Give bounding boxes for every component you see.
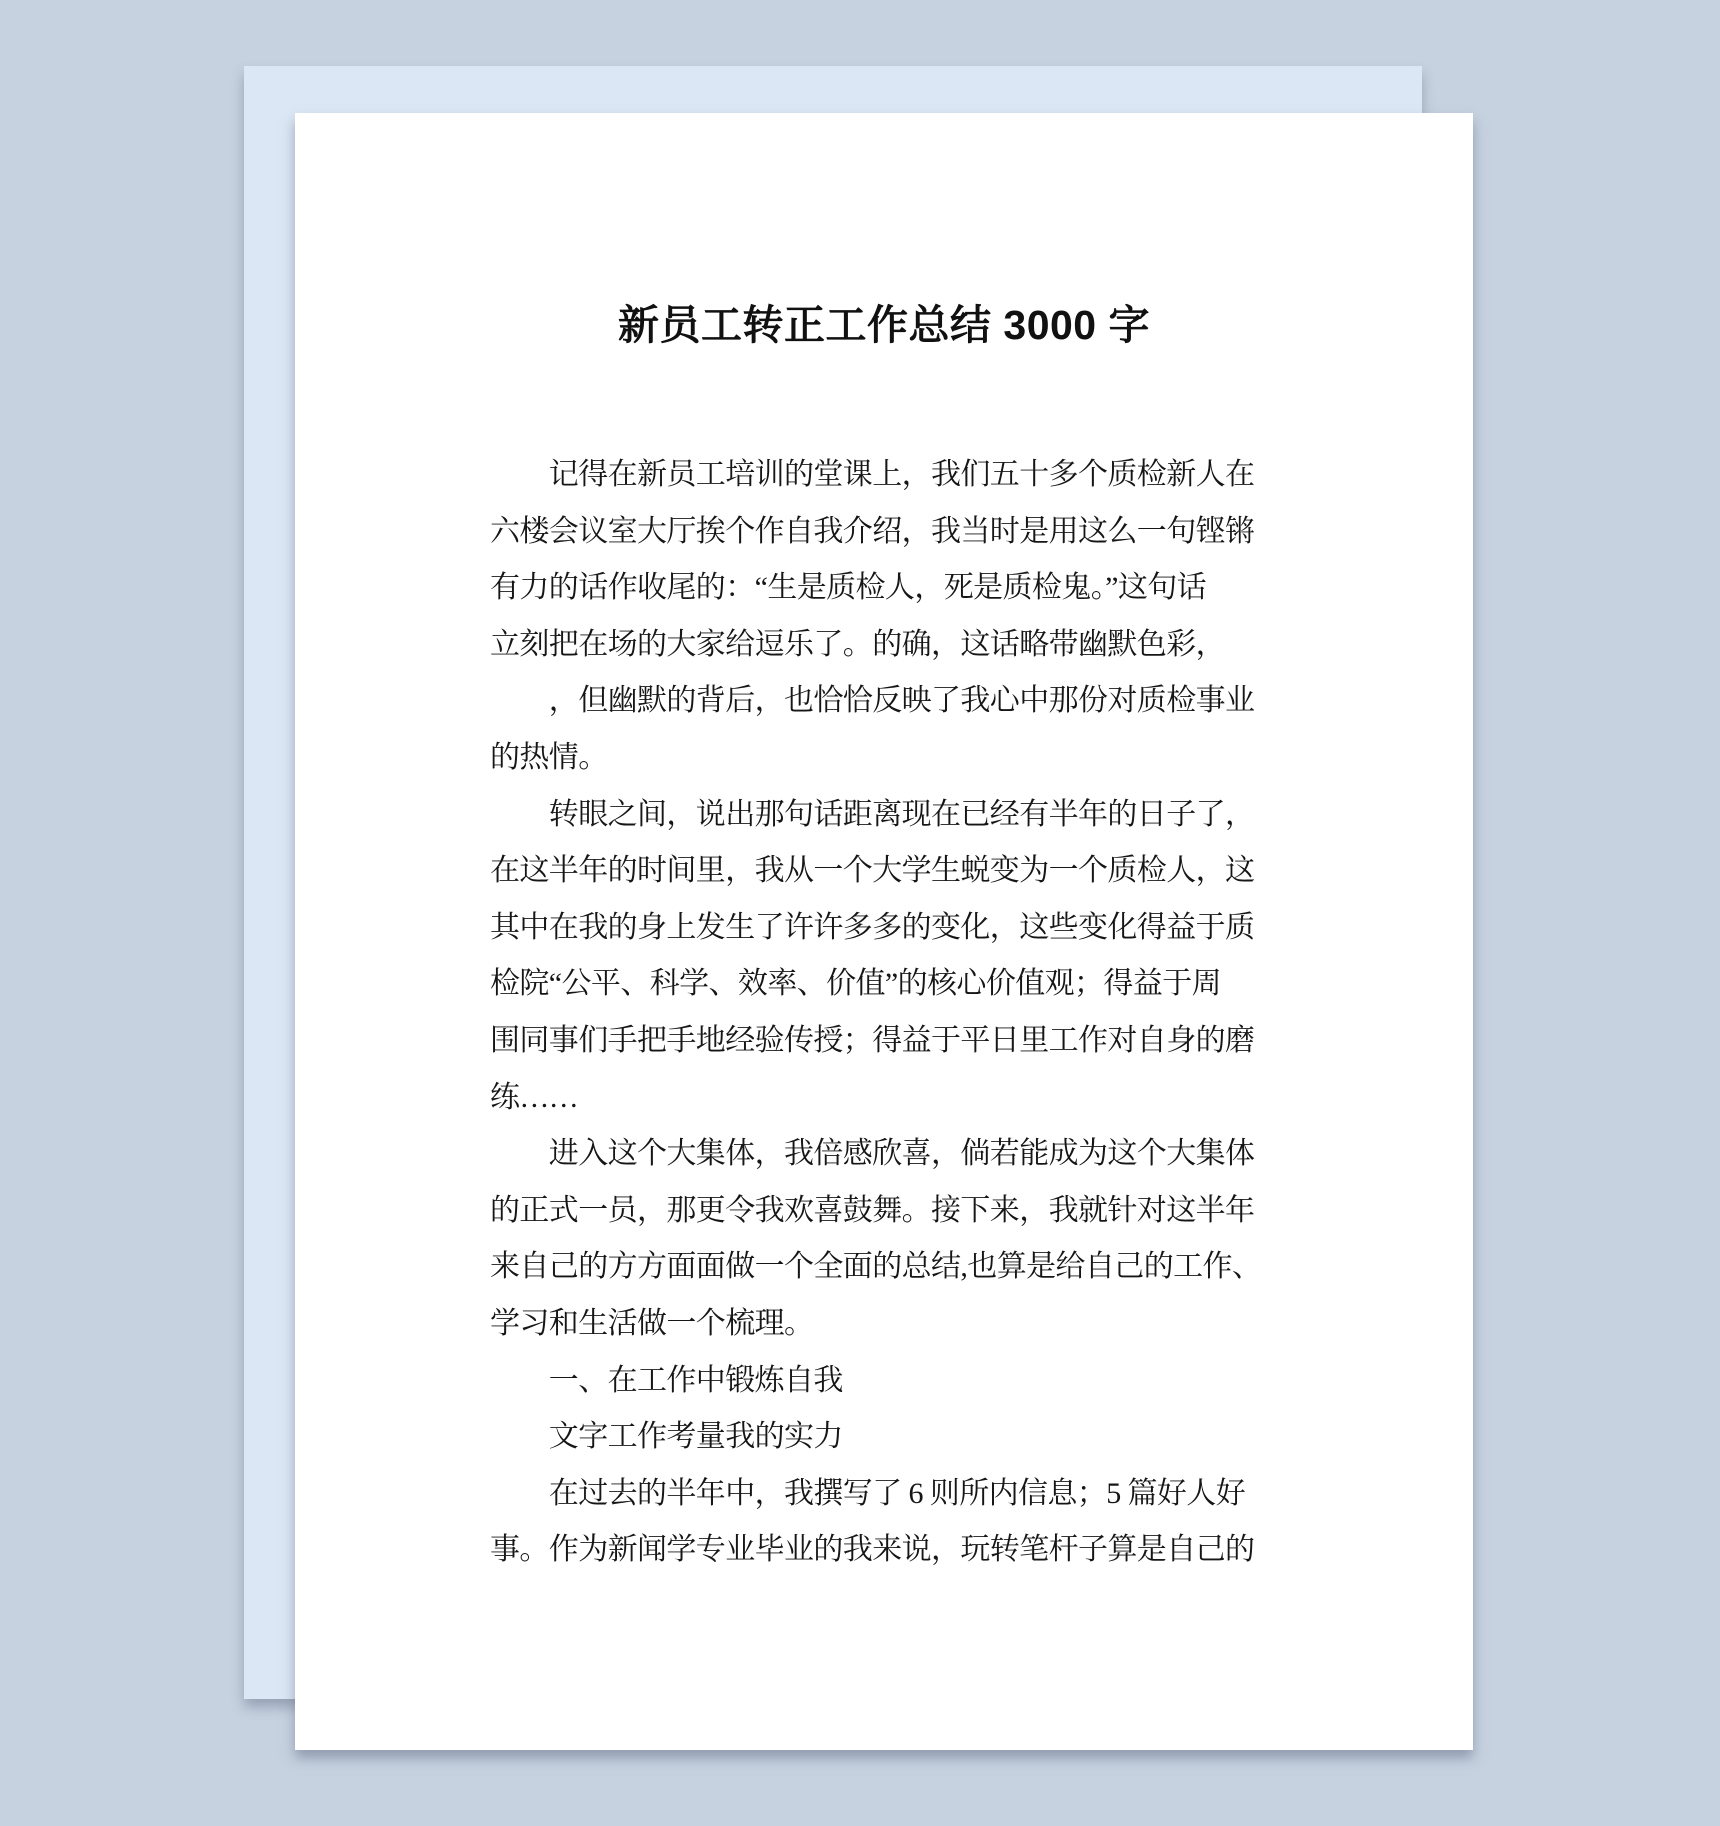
document-line: 事。作为新闻学专业毕业的我来说，玩转笔杆子算是自己的 xyxy=(490,1522,1293,1579)
document-line: 立刻把在场的大家给逗乐了。的确，这话略带幽默色彩， xyxy=(490,617,1293,674)
document-line: 文字工作考量我的实力 xyxy=(490,1409,1293,1466)
document-line: 围同事们手把手地经验传授；得益于平日里工作对自身的磨 xyxy=(490,1013,1293,1070)
document-line: 练…… xyxy=(490,1070,1293,1127)
document-line: 转眼之间，说出那句话距离现在已经有半年的日子了， xyxy=(490,787,1293,844)
desktop-background: { "window": { "background_color": "#c7d2… xyxy=(0,0,1720,1826)
document-line: 其中在我的身上发生了许许多多的变化，这些变化得益于质 xyxy=(490,900,1293,957)
document-line: 有力的话作收尾的：“生是质检人，死是质检鬼。”这句话 xyxy=(490,560,1293,617)
document-title: 新员工转正工作总结 3000 字 xyxy=(295,303,1473,347)
document-line: 的正式一员，那更令我欢喜鼓舞。接下来，我就针对这半年 xyxy=(490,1183,1293,1240)
document-line: 记得在新员工培训的堂课上，我们五十多个质检新人在 xyxy=(490,447,1293,504)
document-line: 六楼会议室大厅挨个作自我介绍，我当时是用这么一句铿锵 xyxy=(490,504,1293,561)
document-line: ，但幽默的背后，也恰恰反映了我心中那份对质检事业 xyxy=(490,673,1293,730)
document-line: 学习和生活做一个梳理。 xyxy=(490,1296,1293,1353)
document-line: 的热情。 xyxy=(490,730,1293,787)
document-body: 记得在新员工培训的堂课上，我们五十多个质检新人在 六楼会议室大厅挨个作自我介绍，… xyxy=(295,447,1473,1579)
document-line: 在这半年的时间里，我从一个大学生蜕变为一个质检人，这 xyxy=(490,843,1293,900)
document-line: 一、在工作中锻炼自我 xyxy=(490,1353,1293,1410)
document-line: 来自己的方方面面做一个全面的总结,也算是给自己的工作、 xyxy=(490,1239,1293,1296)
document-line: 在过去的半年中，我撰写了 6 则所内信息；5 篇好人好 xyxy=(490,1466,1293,1523)
document-page: 新员工转正工作总结 3000 字 记得在新员工培训的堂课上，我们五十多个质检新人… xyxy=(295,113,1473,1750)
document-line: 进入这个大集体，我倍感欣喜，倘若能成为这个大集体 xyxy=(490,1126,1293,1183)
document-line: 检院“公平、科学、效率、价值”的核心价值观；得益于周 xyxy=(490,956,1293,1013)
